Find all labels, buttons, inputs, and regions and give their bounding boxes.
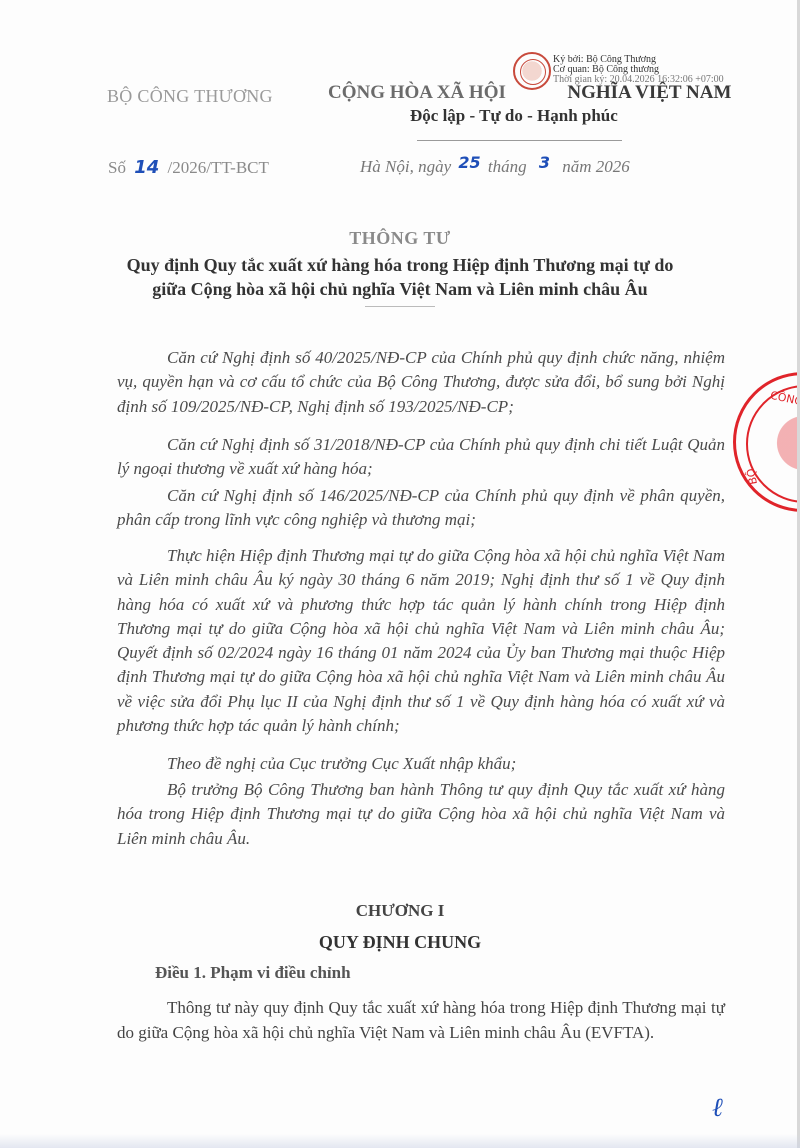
national-title-part1: CỘNG HÒA XÃ HỘI <box>328 82 506 103</box>
preamble-paragraph: Theo đề nghị của Cục trưởng Cục Xuất nhậ… <box>117 752 725 776</box>
document-number-prefix: Số <box>108 158 126 177</box>
digital-seal-icon <box>513 52 551 90</box>
preamble-paragraph: Bộ trưởng Bộ Công Thương ban hành Thông … <box>117 778 725 851</box>
preamble-paragraph: Căn cứ Nghị định số 31/2018/NĐ-CP của Ch… <box>117 433 725 482</box>
document-subtitle-line2: giữa Cộng hòa xã hội chủ nghĩa Việt Nam … <box>0 279 800 300</box>
preamble-paragraph: Căn cứ Nghị định số 40/2025/NĐ-CP của Ch… <box>117 346 725 419</box>
article-body: Thông tư này quy định Quy tắc xuất xứ hà… <box>117 995 725 1045</box>
preamble-paragraph: Thực hiện Hiệp định Thương mại tự do giữ… <box>117 544 725 738</box>
national-motto: Độc lập - Tự do - Hạnh phúc <box>410 106 618 126</box>
issuing-agency: BỘ CÔNG THƯƠNG <box>107 86 273 107</box>
scan-bottom-shadow <box>0 1134 800 1148</box>
preamble-paragraph: Căn cứ Nghị định số 146/2025/NĐ-CP của C… <box>117 484 725 533</box>
chapter-title: QUY ĐỊNH CHUNG <box>0 932 800 953</box>
day-handwritten: 25 <box>458 153 480 172</box>
document-number-handwritten: 14 <box>134 157 159 178</box>
subtitle-underline <box>365 306 435 307</box>
digital-signature-block: Ký bởi: Bộ Công Thương Cơ quan: Bộ Công … <box>553 55 724 85</box>
document-page: BỘ CÔNG THƯƠNG CỘNG HÒA XÃ HỘI NGHĨA VIỆ… <box>0 0 800 1148</box>
place-prefix: Hà Nội, ngày <box>360 157 451 176</box>
stamp-text-side: BỘ <box>744 467 760 485</box>
document-type-title: THÔNG TƯ <box>0 228 800 249</box>
document-subtitle-line1: Quy định Quy tắc xuất xứ hàng hóa trong … <box>0 255 800 276</box>
place-date: Hà Nội, ngày 25 tháng 3 năm 2026 <box>360 157 630 177</box>
national-title-part2: NGHĨA VIỆT NAM <box>567 82 731 103</box>
motto-underline <box>417 140 622 141</box>
document-number: Số 14 /2026/TT-BCT <box>108 157 269 178</box>
month-handwritten: 3 <box>539 153 550 172</box>
year-label: năm 2026 <box>562 157 630 176</box>
signature-timestamp: Thời gian ký: 20.04.2026 16:32:06 +07:00 <box>553 75 724 85</box>
article-title: Điều 1. Phạm vi điều chỉnh <box>155 963 351 983</box>
document-number-suffix: /2026/TT-BCT <box>168 158 269 177</box>
chapter-number: CHƯƠNG I <box>0 901 800 921</box>
handwritten-initial-mark: ℓ <box>712 1093 723 1123</box>
month-label: tháng <box>488 157 527 176</box>
